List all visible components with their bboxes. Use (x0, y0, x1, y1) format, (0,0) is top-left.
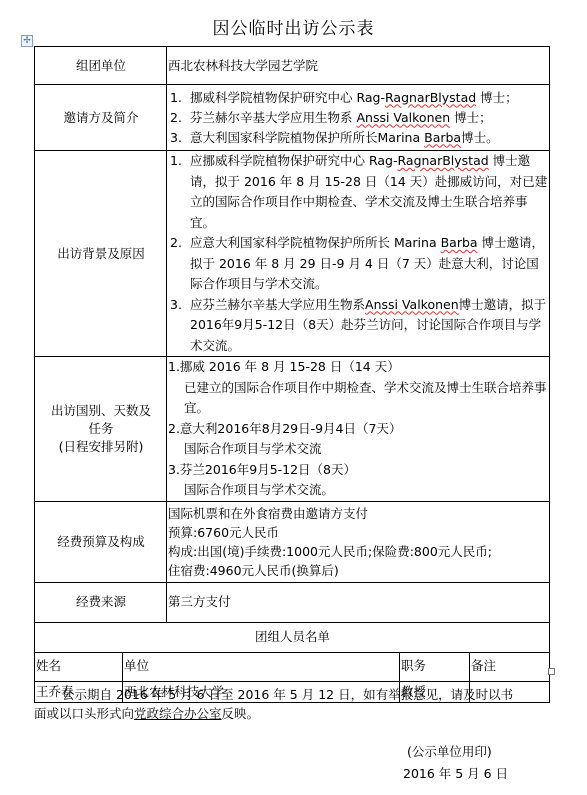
list-item: 3.意大利国家科学院植物保护所所长Marina Barba博士。 (168, 128, 549, 148)
resize-square-icon[interactable] (548, 668, 555, 675)
label-unit: 组团单位 (35, 47, 167, 85)
label-budget: 经费预算及构成 (35, 501, 167, 582)
value-budget: 国际机票和在外食宿费由邀请方支付 预算:6760元人民币 构成:出国(境)手续费… (167, 501, 550, 582)
list-item: 2.芬兰赫尔辛基大学应用生物系 Anssi Valkonen 博士； (168, 108, 549, 128)
list-item: 1.挪威科学院植物保护研究中心 Rag-RagnarBlystad 博士； (168, 88, 549, 108)
label-inviter: 邀请方及简介 (35, 85, 167, 151)
col-header-title: 职务 (400, 652, 470, 681)
page-title: 因公临时出访公示表 (0, 14, 587, 39)
members-header-row: 姓名 单位 职务 备注 (35, 652, 550, 681)
value-background: 1.应挪威科学院植物保护研究中心 Rag-RagnarBlystad 博士邀请，… (167, 151, 550, 357)
col-header-unit: 单位 (123, 652, 400, 681)
list-item: 1.应挪威科学院植物保护研究中心 Rag-RagnarBlystad 博士邀请，… (168, 151, 549, 233)
label-funding: 经费来源 (35, 582, 167, 622)
members-heading-row: 团组人员名单 (35, 622, 550, 652)
office-name: 党政综合办公室 (134, 706, 222, 721)
label-itinerary: 出访国别、天数及 任务 (日程安排另附) (35, 357, 167, 502)
disclosure-table: 组团单位 西北农林科技大学园艺学院 邀请方及简介 1.挪威科学院植物保护研究中心… (34, 46, 550, 703)
row-inviter: 邀请方及简介 1.挪威科学院植物保护研究中心 Rag-RagnarBlystad… (35, 85, 550, 151)
col-header-notes: 备注 (470, 652, 550, 681)
list-item: 3.应芬兰赫尔辛基大学应用生物系Anssi Valkonen博士邀请，拟于201… (168, 295, 549, 357)
value-unit: 西北农林科技大学园艺学院 (167, 47, 550, 85)
row-background: 出访背景及原因 1.应挪威科学院植物保护研究中心 Rag-RagnarBlyst… (35, 151, 550, 357)
signature-date: 2016 年 5 月 6 日 (403, 764, 508, 782)
row-funding: 经费来源 第三方支付 (35, 582, 550, 622)
move-crosshair-icon[interactable]: ✢ (21, 35, 33, 47)
list-item: 2.应意大利国家科学院植物保护所所长 Marina Barba 博士邀请，拟于 … (168, 233, 549, 295)
label-background: 出访背景及原因 (35, 151, 167, 357)
value-itinerary: 1.挪威 2016 年 8 月 15-28 日（14 天） 已建立的国际合作项目… (167, 357, 550, 502)
row-itinerary: 出访国别、天数及 任务 (日程安排另附) 1.挪威 2016 年 8 月 15-… (35, 357, 550, 502)
col-header-name: 姓名 (35, 652, 123, 681)
value-inviter: 1.挪威科学院植物保护研究中心 Rag-RagnarBlystad 博士； 2.… (167, 85, 550, 151)
row-budget: 经费预算及构成 国际机票和在外食宿费由邀请方支付 预算:6760元人民币 构成:… (35, 501, 550, 582)
value-funding: 第三方支付 (167, 582, 550, 622)
members-heading: 团组人员名单 (35, 622, 550, 652)
row-unit: 组团单位 西北农林科技大学园艺学院 (35, 47, 550, 85)
seal-note: (公示单位用印) (407, 742, 492, 761)
notice-paragraph: 公示期自 2016 年 5 月 6 日至 2016 年 5 月 12 日，如有举… (34, 685, 514, 723)
